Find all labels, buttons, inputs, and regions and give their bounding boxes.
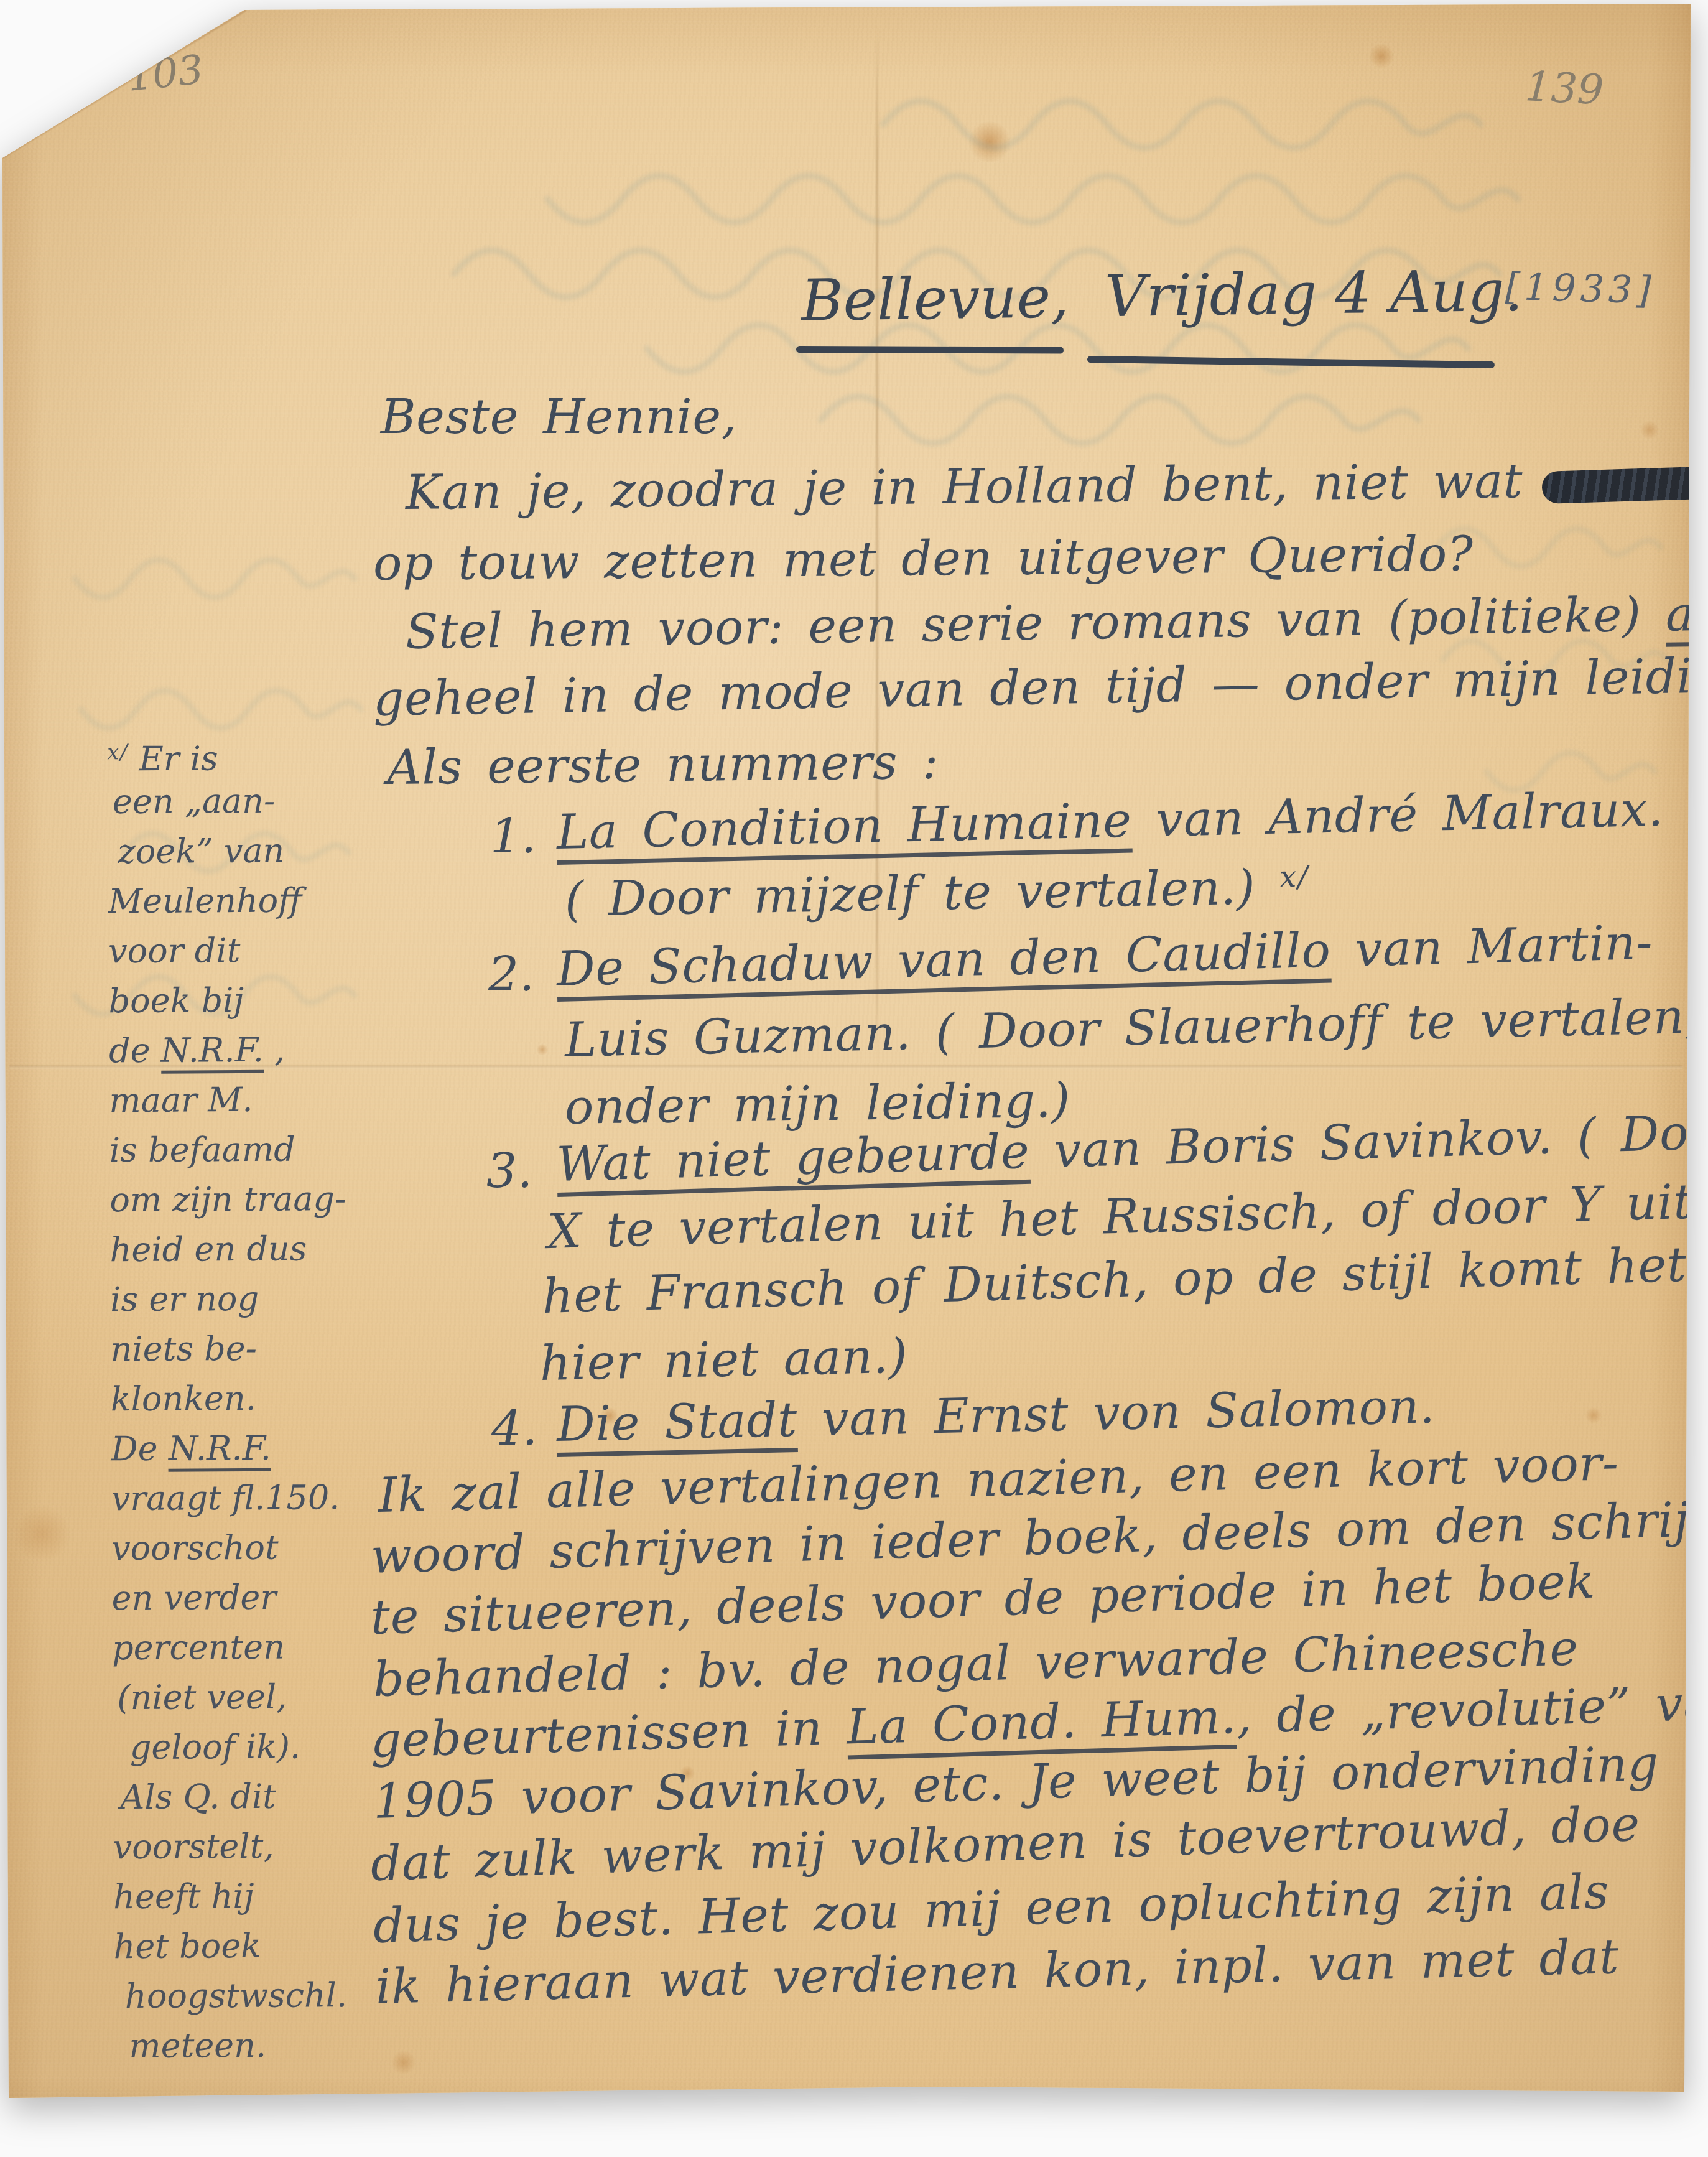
margin-text: , — [264, 1030, 285, 1069]
margin-note-line: percenten — [112, 1622, 386, 1673]
margin-note-line: de N.R.F. , — [109, 1025, 383, 1076]
list-item-line: Luis Guzman. ( Door Slauerhoff te vertal… — [564, 989, 1701, 1068]
margin-note-line: geloof ik). — [130, 1721, 386, 1773]
margin-note-line: is er nog — [110, 1274, 384, 1325]
foxing-spot — [1585, 1407, 1602, 1423]
body-line: Als eerste nummers : — [387, 735, 939, 796]
book-title: Wat niet gebeurde — [556, 1127, 1031, 1197]
margin-note-line: heeft hij — [113, 1871, 387, 1922]
margin-note-line: De N.R.F. — [111, 1423, 384, 1474]
margin-text: De — [111, 1429, 169, 1468]
body-line: op touw zetten met den uitgever Querido? — [373, 527, 1474, 592]
margin-note-line: boek bij — [108, 975, 382, 1026]
book-title: La Condition Humaine — [556, 796, 1133, 865]
bleedthrough-stroke — [75, 560, 355, 597]
margin-note-line: Als Q. dit — [120, 1771, 386, 1822]
margin-note-line: heid en dus — [110, 1224, 384, 1275]
dateline: Bellevue,Vrijdag 4 Aug. — [801, 258, 1523, 334]
body-text: van Martin- — [1330, 915, 1653, 979]
margin-note-line: voor dit — [108, 925, 382, 976]
margin-note-line: zoek” van — [118, 826, 381, 877]
margin-note-line: niets be- — [110, 1323, 384, 1374]
body-text: van Boris Savinkov. ( Door — [1029, 1104, 1708, 1180]
foxing-spot — [967, 121, 1012, 162]
bleedthrough-stroke — [821, 397, 1418, 444]
salutation: Beste Hennie, — [381, 389, 737, 445]
torn-corner-crease — [2, 9, 246, 159]
dateline-underline-place — [796, 346, 1064, 354]
margin-note-line: is befaamd — [109, 1124, 383, 1175]
book-title: La Cond. Hum. — [846, 1692, 1237, 1759]
margin-note-line: meteen. — [129, 2020, 388, 2071]
margin-text: Er is — [139, 739, 218, 779]
book-title: Die Stadt — [556, 1395, 798, 1457]
margin-note-line: om zijn traag- — [109, 1174, 383, 1225]
dateline-place: Bellevue, — [801, 264, 1069, 334]
margin-note-line: vraagt fl.150. — [111, 1473, 385, 1524]
margin-note-line: en verder — [111, 1572, 385, 1623]
bleedthrough-stroke — [81, 691, 361, 728]
letter-sheet-wrap: 103 139 Bellevue,Vrijdag 4 Aug. [1933] B… — [0, 0, 1708, 2157]
margin-text: de — [109, 1031, 161, 1070]
list-number: 4. — [491, 1401, 538, 1456]
underlined-abbreviation: N.R.F. — [161, 1033, 264, 1074]
margin-note-line: het boek — [113, 1921, 387, 1972]
book-title: De Schaduw van den Caudillo — [556, 926, 1332, 1002]
underlined-word: actie — [1665, 589, 1708, 647]
margin-note-line: klonken. — [111, 1373, 384, 1424]
dateline-underline-date — [1087, 356, 1495, 368]
body-text: van André Malraux. — [1131, 782, 1664, 849]
foxing-spot — [536, 1044, 549, 1055]
margin-note-line: maar M. — [109, 1074, 383, 1125]
bleedthrough-stroke — [547, 176, 1518, 223]
list-item-line: ( Door mijzelf te vertalen.) x/ — [564, 859, 1310, 928]
body-text: , de „revolutie” van — [1236, 1675, 1708, 1745]
list-number: 3. — [486, 1144, 533, 1199]
dateline-date: Vrijdag 4 Aug. — [1104, 258, 1523, 330]
margin-note-line: (niet veel, — [117, 1672, 386, 1723]
foxing-spot — [12, 1506, 72, 1562]
list-item-line: La Condition Humaine van André Malraux. — [556, 782, 1664, 865]
body-text: Kan je, zoodra je in Holland bent, niet … — [406, 454, 1523, 521]
list-number: 2. — [488, 947, 535, 1002]
pencil-number-right: 139 — [1524, 62, 1605, 114]
margin-note-line: een „aan- — [113, 776, 381, 827]
foxing-spot — [1640, 421, 1659, 439]
letter-sheet: 103 139 Bellevue,Vrijdag 4 Aug. [1933] B… — [0, 0, 1708, 2157]
dateline-year-annotation: [1933] — [1505, 265, 1656, 312]
list-item-line: hier niet aan.) — [539, 1329, 908, 1392]
list-item-line: De Schaduw van den Caudillo van Martin- — [556, 915, 1653, 1002]
margin-note-line: hoogstwschl. — [125, 1970, 388, 2021]
body-text: van Ernst von Salomon. — [797, 1379, 1436, 1447]
margin-note-line: x/ Er is — [107, 726, 381, 777]
body-line: Kan je, zoodra je in Holland bent, niet … — [406, 452, 1708, 521]
bleedthrough-stroke — [883, 101, 1480, 148]
foxing-spot — [1368, 44, 1395, 68]
foxing-spot — [391, 2051, 417, 2074]
body-text: ( Door mijzelf te vertalen.) — [564, 860, 1280, 928]
margin-note-line: voorstelt, — [113, 1821, 387, 1872]
margin-note: x/ Er is een „aan- zoek” van Meulenhoff … — [107, 726, 388, 2071]
scan-background: { "pencil": { "left": "103", "right": "1… — [0, 0, 1708, 2157]
margin-note-line: voorschot — [111, 1522, 385, 1573]
body-text: Stel hem voor: een serie romans van (pol… — [405, 587, 1666, 660]
footnote-reference: x/ — [1279, 860, 1310, 895]
margin-note-line: Meulenhoff — [108, 875, 382, 926]
underlined-abbreviation: N.R.F. — [169, 1431, 271, 1472]
redacted-word — [1541, 465, 1708, 504]
list-number: 1. — [490, 809, 537, 864]
pencil-number-left: 103 — [125, 47, 205, 100]
footnote-marker: x/ — [107, 740, 128, 764]
body-text: gebeurtenissen in — [370, 1700, 848, 1769]
